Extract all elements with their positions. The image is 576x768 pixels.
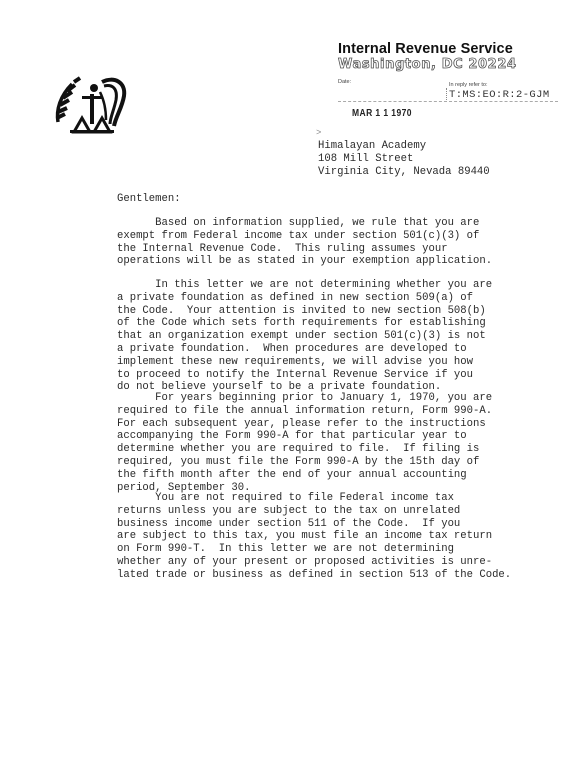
reply-label: In reply refer to:: [449, 82, 488, 88]
addressee-block: Himalayan Academy 108 Mill Street Virgin…: [318, 140, 490, 178]
agency-name: Internal Revenue Service: [338, 41, 513, 57]
paragraph-exemption-ruling: Based on information supplied, we rule t…: [117, 217, 492, 268]
paragraph-private-foundation: In this letter we are not determining wh…: [117, 279, 492, 394]
reference-divider: [446, 88, 448, 102]
addressee-marker: >: [316, 127, 321, 140]
date-stamp: MAR 1 1 1970: [352, 108, 412, 119]
irs-logo: [52, 72, 132, 134]
addressee-name: Himalayan Academy: [318, 140, 490, 153]
addressee-street: 108 Mill Street: [318, 153, 490, 166]
agency-city: Washington, DC 20224: [338, 57, 517, 72]
paragraph-form-990a: For years beginning prior to January 1, …: [117, 392, 492, 494]
eagle-scales-icon: [52, 72, 132, 134]
paragraph-unrelated-business: You are not required to file Federal inc…: [117, 492, 511, 582]
salutation: Gentlemen:: [117, 193, 181, 206]
addressee-city: Virginia City, Nevada 89440: [318, 166, 490, 179]
reference-code: T:MS:EO:R:2-GJM: [449, 89, 550, 101]
date-label: Date:: [338, 79, 351, 85]
date-line: [338, 101, 558, 102]
